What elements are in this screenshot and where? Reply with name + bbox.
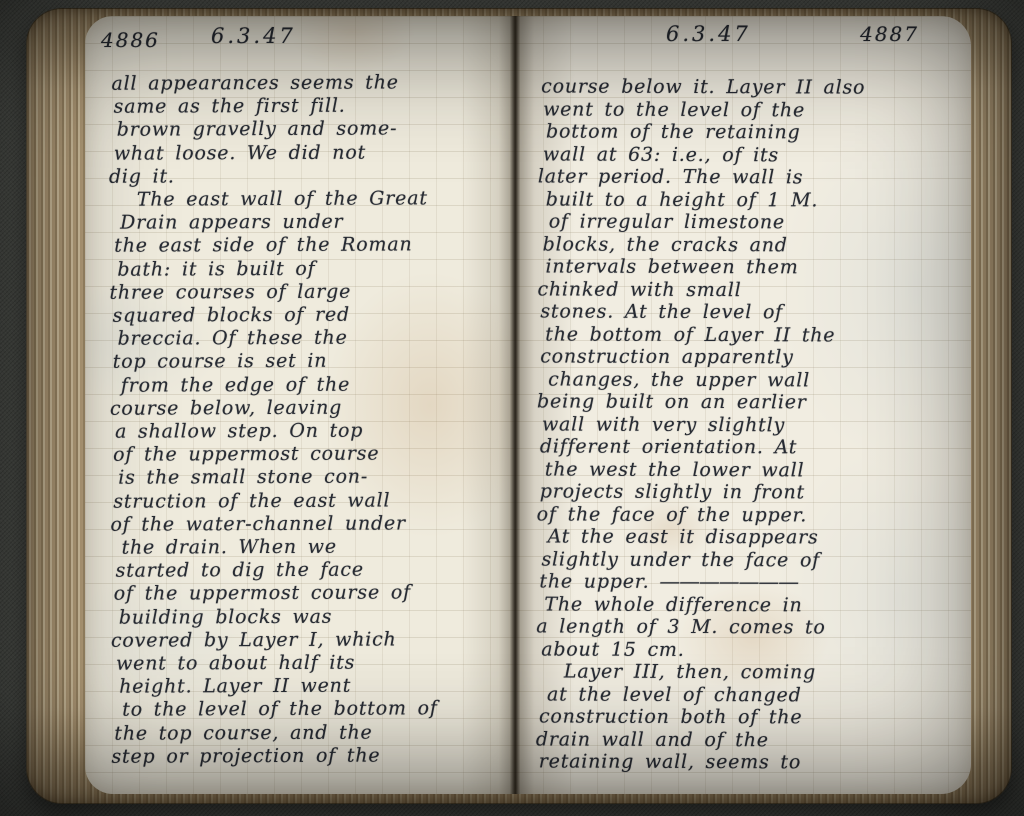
handwritten-line: construction apparently: [540, 345, 864, 369]
handwritten-line: of the uppermost course of: [114, 582, 429, 607]
handwritten-line: The east wall of the Great: [117, 187, 432, 212]
handwritten-line: building blocks was: [119, 605, 434, 630]
handwritten-line: same as the first fill.: [114, 95, 429, 120]
handwritten-line: brown gravelly and some-: [117, 118, 432, 143]
handwritten-line: a shallow step. On top: [115, 419, 430, 444]
handwritten-line: at the level of changed: [547, 683, 871, 707]
handwritten-line: retaining wall, seems to: [539, 750, 863, 774]
handwritten-line: went to the level of the: [543, 98, 867, 122]
handwritten-line: step or projection of the: [111, 744, 426, 769]
notebook-photo: 4886 6.3.47 all appearances seems thesam…: [0, 0, 1024, 816]
handwritten-line: started to dig the face: [116, 559, 431, 584]
handwritten-line: a length of 3 M. comes to: [536, 615, 860, 639]
handwritten-line: chinked with small: [537, 278, 861, 302]
handwritten-line: about 15 cm.: [541, 638, 865, 662]
handwritten-line: construction both of the: [539, 705, 863, 729]
left-page-handwriting: all appearances seems thesame as the fir…: [111, 71, 429, 768]
handwritten-line: what loose. We did not: [114, 141, 429, 166]
handwritten-line: course below it. Layer II also: [541, 75, 865, 99]
handwritten-line: went to about half its: [116, 651, 431, 676]
handwritten-line: the east side of the Roman: [114, 234, 429, 259]
handwritten-line: three courses of large: [109, 280, 424, 305]
left-page: 4886 6.3.47 all appearances seems thesam…: [85, 16, 516, 794]
handwritten-line: built to a height of 1 M.: [546, 188, 870, 212]
handwritten-line: projects slightly in front: [540, 480, 864, 504]
handwritten-line: blocks, the cracks and: [543, 233, 867, 257]
handwritten-line: different orientation. At: [540, 435, 864, 459]
handwritten-line: stones. At the level of: [540, 300, 864, 324]
handwritten-line: all appearances seems the: [111, 71, 426, 96]
handwritten-line: from the edge of the: [121, 373, 436, 398]
handwritten-line: slightly under the face of: [541, 548, 865, 572]
handwritten-line: changes, the upper wall: [548, 368, 872, 392]
handwritten-line: struction of the east wall: [113, 489, 428, 514]
handwritten-line: The whole difference in: [544, 593, 868, 617]
handwritten-line: squared blocks of red: [112, 303, 427, 328]
handwritten-line: wall at 63: i.e., of its: [543, 143, 867, 167]
right-page-handwriting: course below it. Layer II alsowent to th…: [539, 75, 866, 774]
handwritten-line: of the water-channel under: [110, 512, 425, 537]
handwritten-line: intervals between them: [546, 255, 870, 279]
handwritten-line: height. Layer II went: [119, 675, 434, 700]
handwritten-line: covered by Layer I, which: [111, 628, 426, 653]
handwritten-line: wall with very slightly: [542, 413, 866, 437]
handwritten-line: bath: it is built of: [117, 257, 432, 282]
handwritten-line: to the level of the bottom of: [122, 698, 437, 723]
handwritten-line: the upper. ―――――――: [539, 570, 863, 594]
handwritten-line: of the uppermost course: [113, 443, 428, 468]
handwritten-line: breccia. Of these the: [118, 327, 433, 352]
handwritten-line: is the small stone con-: [118, 466, 433, 491]
handwritten-line: the drain. When we: [122, 535, 437, 560]
handwritten-line: the bottom of Layer II the: [545, 323, 869, 347]
page-number-right: 4887: [860, 22, 919, 46]
handwritten-line: bottom of the retaining: [546, 120, 870, 144]
handwritten-line: later period. The wall is: [538, 165, 862, 189]
handwritten-line: Layer III, then, coming: [544, 660, 868, 684]
handwritten-line: course below, leaving: [110, 396, 425, 421]
handwritten-line: Drain appears under: [120, 210, 435, 235]
handwritten-line: being built on an earlier: [537, 390, 861, 414]
handwritten-line: drain wall and of the: [536, 728, 860, 752]
handwritten-line: of irregular limestone: [549, 210, 873, 234]
handwritten-line: of the face of the upper.: [537, 503, 861, 527]
handwritten-line: the west the lower wall: [545, 458, 869, 482]
page-number-left: 4886: [101, 28, 160, 52]
right-page: 6.3.47 4887 course below it. Layer II al…: [516, 16, 971, 794]
handwritten-line: dig it.: [109, 164, 424, 189]
handwritten-line: the top course, and the: [114, 721, 429, 746]
page-gutter: [510, 16, 520, 794]
handwritten-line: top course is set in: [113, 350, 428, 375]
date-left: 6.3.47: [211, 24, 296, 48]
date-right: 6.3.47: [666, 22, 751, 46]
handwritten-line: At the east it disappears: [548, 525, 872, 549]
